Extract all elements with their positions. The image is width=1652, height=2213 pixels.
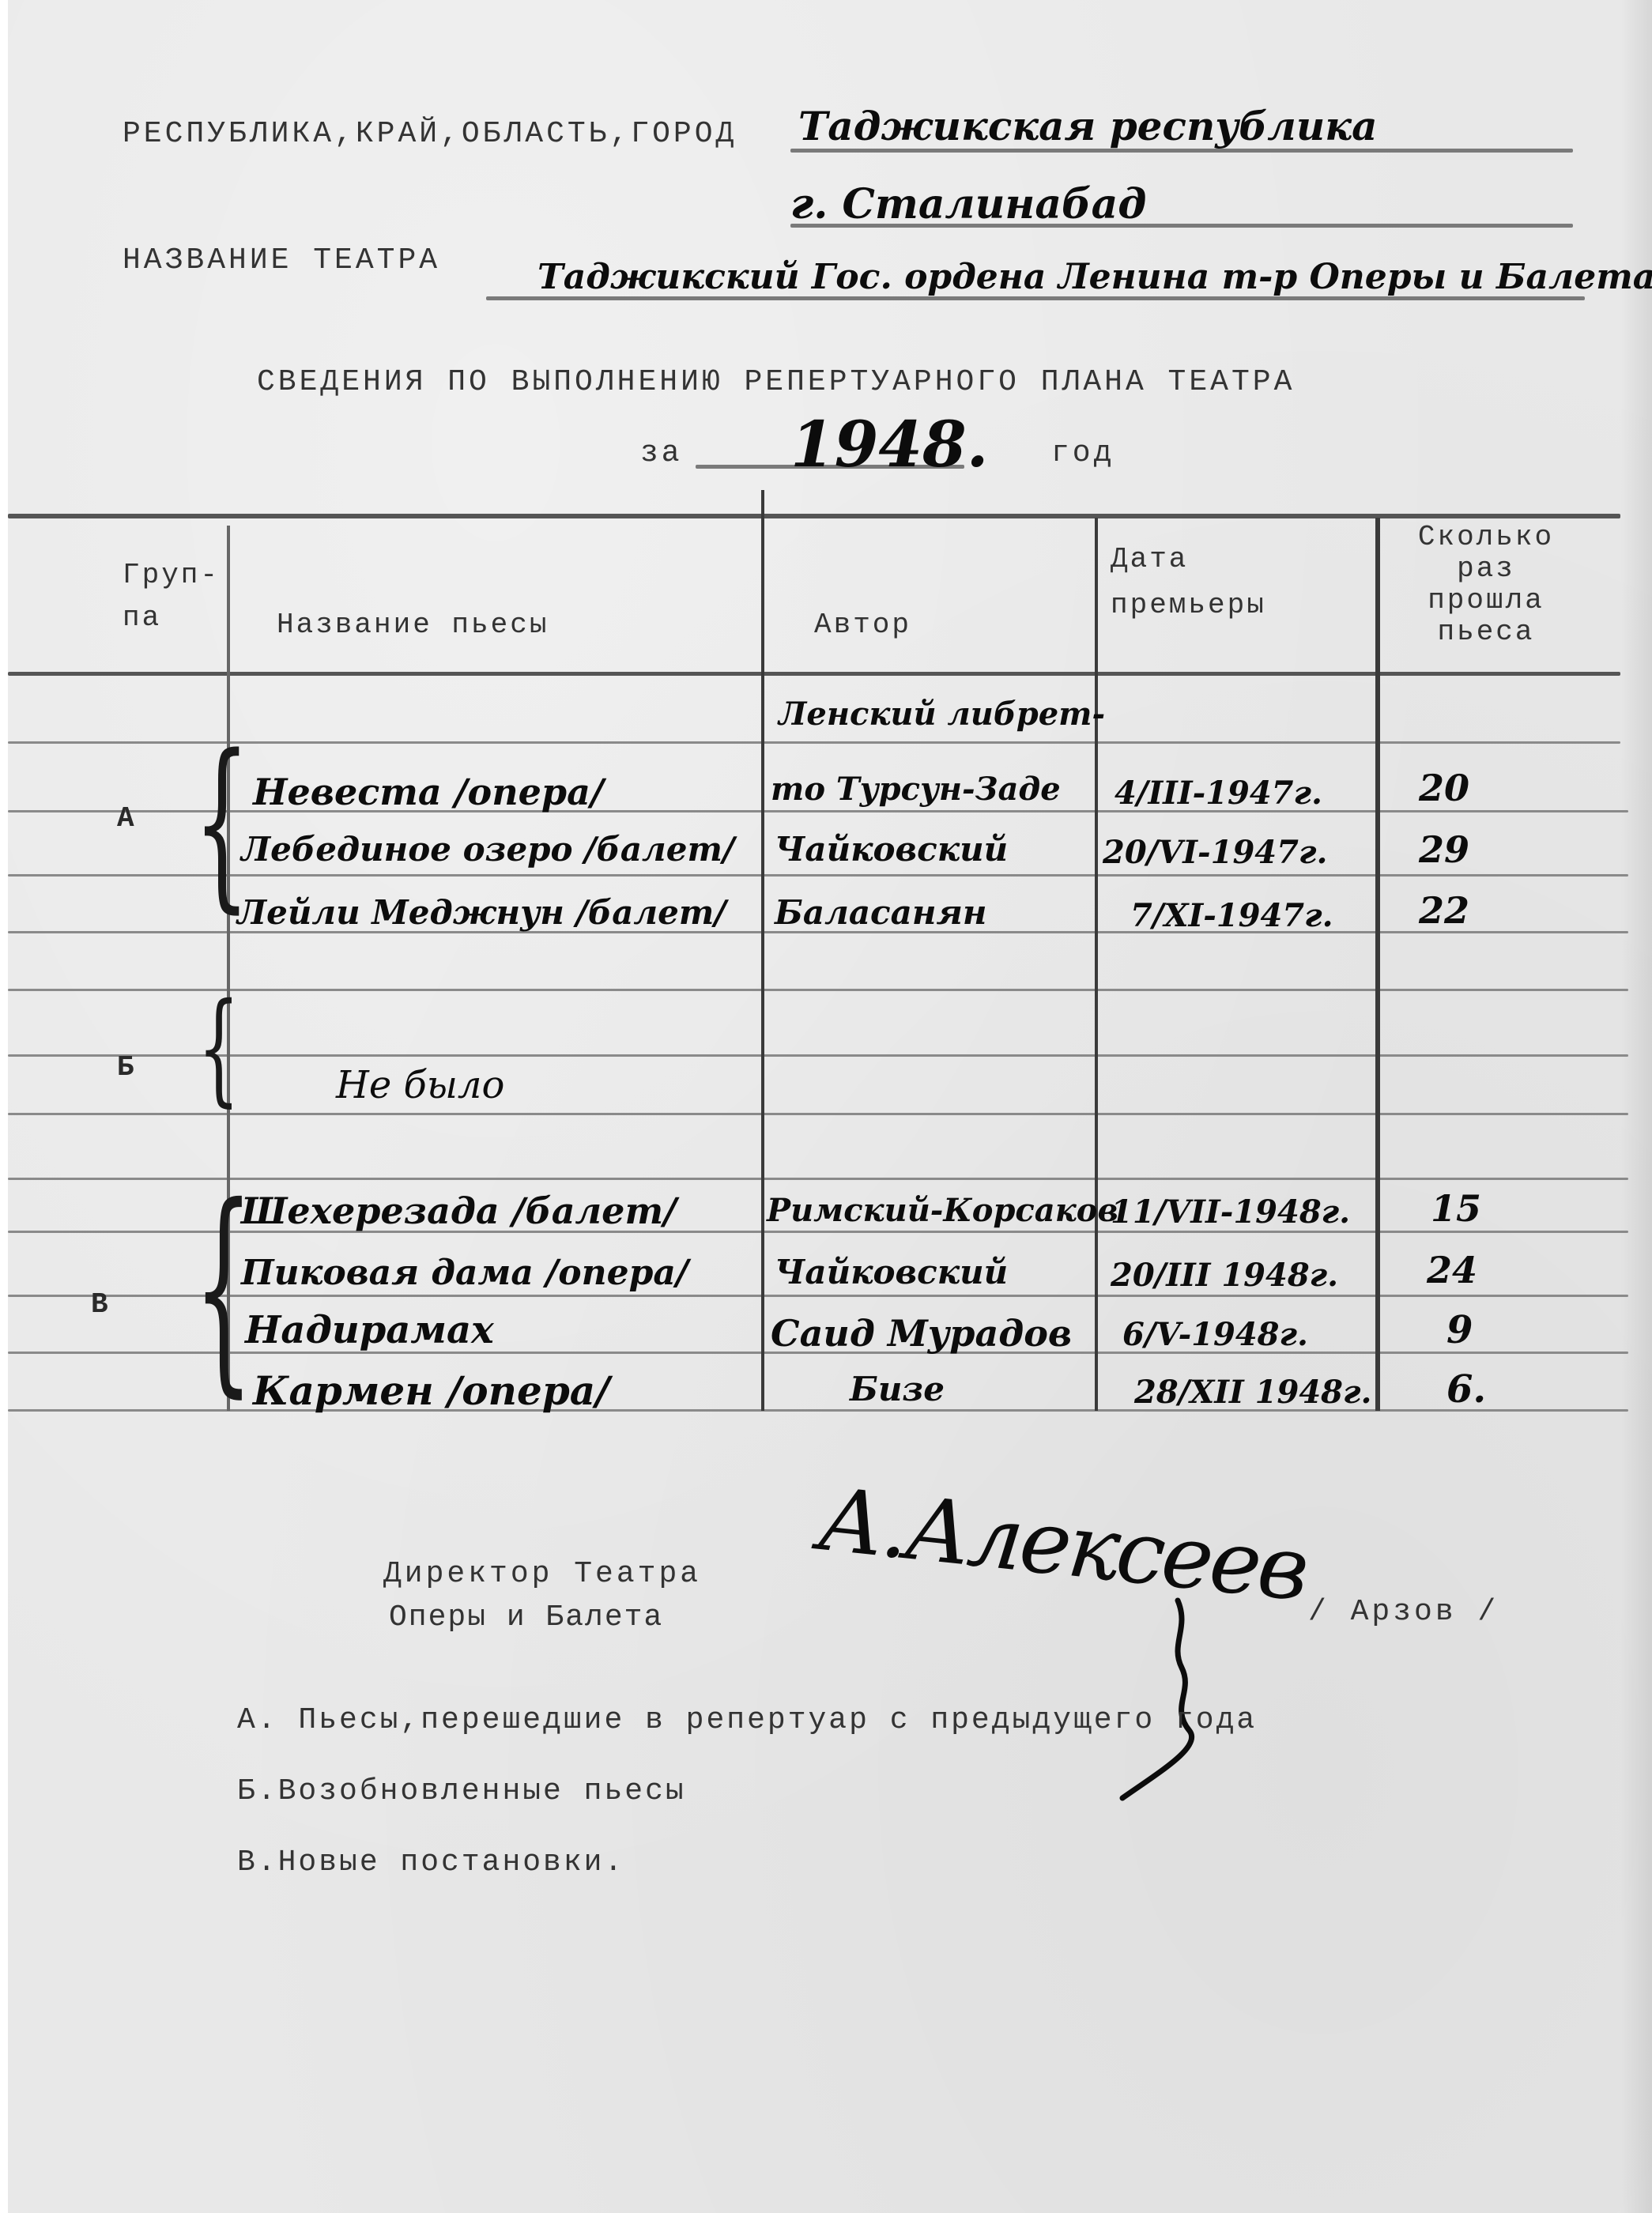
director-name: / Арзов / (1308, 1595, 1499, 1629)
header-group-line2: па (123, 600, 220, 636)
play-cell: Шехерезада /балет/ (241, 1189, 677, 1232)
legend-item-b: Б.Возобновленные пьесы (237, 1774, 686, 1808)
group-b-brace: { (198, 988, 240, 1110)
premiere-cell: 11/VII-1948г. (1111, 1193, 1350, 1231)
row-rule (8, 1054, 1628, 1057)
play-cell: Лебединое озеро /балет/ (241, 830, 734, 869)
author-cell: Чайковский (775, 1253, 1008, 1291)
row-rule (8, 810, 1628, 812)
header-premiere: Дата премьеры (1111, 541, 1266, 624)
header-group-line1: Груп- (123, 557, 220, 594)
region-value-line1: Таджикская республика (798, 103, 1378, 149)
premiere-cell: 20/III 1948г. (1111, 1257, 1338, 1294)
author-cell: Саид Мурадов (771, 1312, 1072, 1355)
play-cell: Надирамах (245, 1308, 494, 1352)
row-rule (8, 1113, 1628, 1115)
count-cell: 15 (1431, 1187, 1481, 1230)
header-count: Сколько раз прошла пьеса (1399, 522, 1573, 648)
document-title: СВЕДЕНИЯ ПО ВЫПОЛНЕНИЮ РЕПЕРТУАРНОГО ПЛА… (257, 365, 1295, 399)
author-cell: Бизе (850, 1370, 945, 1408)
group-label-v: В (91, 1288, 108, 1321)
header-count-line2: раз (1399, 553, 1573, 585)
premiere-cell: 4/III-1947г. (1115, 775, 1322, 812)
premiere-cell: 28/XII 1948г. (1134, 1374, 1371, 1411)
theatre-value: Таджикский Гос. ордена Ленина т-р Оперы … (537, 257, 1652, 297)
group-a-brace: { (194, 731, 250, 914)
row-rule (8, 989, 1628, 991)
group-b-note: Не было (336, 1063, 504, 1107)
header-premiere-line2: премьеры (1111, 587, 1266, 624)
count-cell: 20 (1419, 767, 1469, 809)
scan-edge (0, 0, 8, 2213)
group-label-b: Б (117, 1051, 134, 1084)
play-cell: Лейли Меджнун /балет/ (237, 893, 726, 932)
year-suffix: год (1051, 436, 1115, 470)
region-value-line2: г. Сталинабад (790, 180, 1146, 228)
author-cell: Чайковский (775, 830, 1008, 869)
author-cell-continued: Ленский либрет- (779, 696, 1105, 733)
header-count-line3: прошла (1399, 585, 1573, 616)
theatre-label: НАЗВАНИЕ ТЕАТРА (123, 243, 440, 277)
legend-item-a: А. Пьесы,перешедшие в репертуар с предыд… (237, 1703, 1257, 1737)
signature-flourish (1115, 1597, 1209, 1802)
play-cell: Кармен /опера/ (253, 1367, 609, 1414)
header-count-line4: пьеса (1399, 616, 1573, 648)
count-cell: 6. (1446, 1367, 1486, 1412)
count-cell: 22 (1419, 889, 1469, 932)
theatre-underline (486, 296, 1585, 300)
premiere-cell: 20/VI-1947г. (1103, 834, 1327, 871)
header-group: Груп- па (123, 557, 220, 636)
region-underline-2 (790, 224, 1573, 228)
region-underline-1 (790, 149, 1573, 153)
play-cell: Невеста /опера/ (253, 771, 604, 813)
author-cell: Баласанян (775, 893, 987, 932)
scan-shadow (1620, 0, 1652, 2213)
director-title-line1: Директор Театра (383, 1557, 701, 1591)
group-label-a: А (117, 802, 134, 835)
header-count-line1: Сколько (1399, 522, 1573, 553)
author-cell: то Турсун-Заде (771, 771, 1061, 808)
director-title-line2: Оперы и Балета (389, 1600, 663, 1634)
author-cell: Римский-Корсаков (767, 1192, 1118, 1229)
count-cell: 24 (1427, 1249, 1477, 1291)
header-author: Автор (814, 607, 911, 643)
col-divider (1375, 518, 1380, 1411)
header-premiere-line1: Дата (1111, 541, 1266, 578)
col-divider (1095, 518, 1098, 1411)
play-cell: Пиковая дама /опера/ (241, 1253, 688, 1293)
row-rule (8, 874, 1628, 877)
legend-item-v: В.Новые постановки. (237, 1845, 624, 1879)
director-signature: А.Алексеев (814, 1468, 1311, 1620)
region-label: РЕСПУБЛИКА,КРАЙ,ОБЛАСТЬ,ГОРОД (123, 117, 737, 151)
year-prefix: за (640, 436, 683, 470)
header-play: Название пьесы (277, 607, 549, 643)
premiere-cell: 6/V-1948г. (1122, 1316, 1308, 1353)
count-cell: 29 (1419, 828, 1469, 871)
premiere-cell: 7/XI-1947г. (1130, 897, 1333, 934)
count-cell: 9 (1446, 1308, 1473, 1352)
col-divider (761, 490, 764, 1411)
year-value: 1948. (790, 407, 989, 481)
